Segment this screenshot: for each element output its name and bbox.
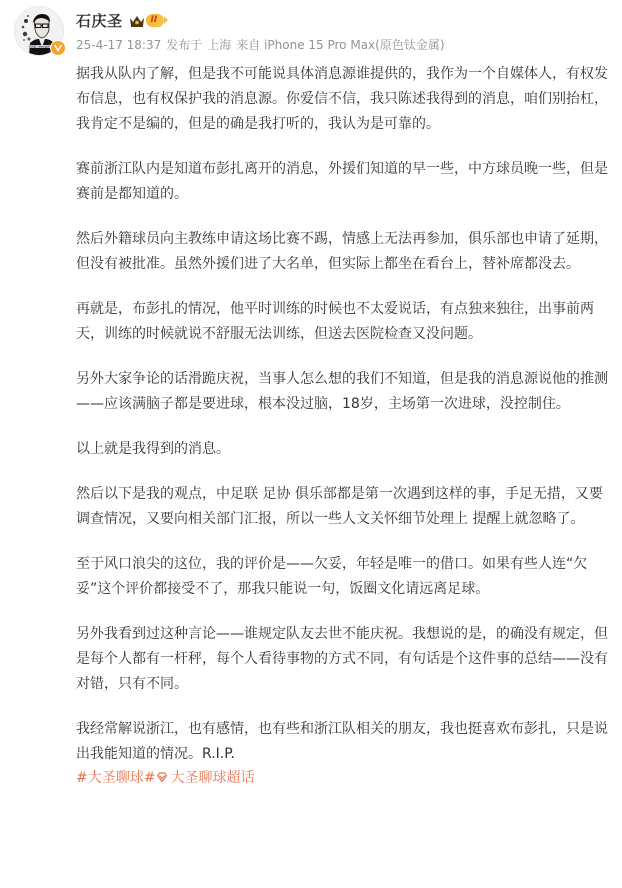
post-paragraph: 另外我看到过这种言论——谁规定队友去世不能庆祝。我想说的是，的确没有规定，但是每…	[76, 622, 616, 697]
post-paragraph: 据我从队内了解，但是我不可能说具体消息源谁提供的，我作为一个自媒体人，有权发布信…	[76, 62, 616, 137]
post-paragraph: 赛前浙江队内是知道布彭扎离开的消息，外援们知道的早一些，中方球员晚一些，但是赛前…	[76, 157, 616, 207]
hashtag-link[interactable]: #大圣聊球#	[76, 770, 155, 786]
post-paragraph: 我经常解说浙江，也有感情，也有些和浙江队相关的朋友，我也挺喜欢布彭扎，只是说出我…	[76, 717, 616, 767]
verified-v-icon	[50, 40, 66, 56]
post-paragraph: 然后以下是我的观点，中足联 足协 俱乐部都是第一次遇到这样的事，手足无措，又要调…	[76, 482, 616, 532]
post-header: 石庆圣 · shengsir 石庆圣 II 25-4-17 18:37发布于上海…	[0, 0, 622, 60]
post-source: 来自 iPhone 15 Pro Max(原色钛金属)	[236, 38, 444, 52]
author-row: 石庆圣 II	[76, 10, 164, 30]
crown-icon[interactable]	[129, 13, 145, 27]
post-paragraph: 再就是，布彭扎的情况，他平时训练的时候也不太爱说话，有点独来独往，出事前两天，训…	[76, 297, 616, 347]
post-body: 据我从队内了解，但是我不可能说具体消息源谁提供的，我作为一个自媒体人，有权发布信…	[76, 62, 616, 789]
post-paragraph: 另外大家争论的话滑跪庆祝，当事人怎么想的我们不知道，但是我的消息源说他的推测——…	[76, 367, 616, 417]
post-paragraph: 然后外籍球员向主教练申请这场比赛不踢，情感上无法再参加，俱乐部也申请了延期，但没…	[76, 227, 616, 277]
post-location: 上海	[207, 38, 231, 52]
post-timestamp[interactable]: 25-4-17 18:37	[76, 38, 161, 52]
published-label: 发布于	[166, 38, 202, 52]
supertopic-diamond-icon[interactable]	[156, 768, 168, 780]
level-badge[interactable]: II	[146, 14, 165, 27]
post-meta: 25-4-17 18:37发布于上海来自 iPhone 15 Pro Max(原…	[76, 36, 450, 53]
author-name[interactable]: 石庆圣	[76, 10, 123, 31]
post-tags: #大圣聊球#大圣聊球超话	[76, 767, 616, 789]
supertopic-link[interactable]: 大圣聊球超话	[170, 770, 254, 786]
post-paragraph: 以上就是我得到的消息。	[76, 437, 616, 462]
avatar[interactable]: 石庆圣 · shengsir	[14, 6, 64, 56]
post-paragraph: 至于风口浪尖的这位，我的评价是——欠妥，年轻是唯一的借口。如果有些人连“欠妥”这…	[76, 552, 616, 602]
svg-text:石庆圣 · shengsir: 石庆圣 · shengsir	[28, 45, 50, 49]
